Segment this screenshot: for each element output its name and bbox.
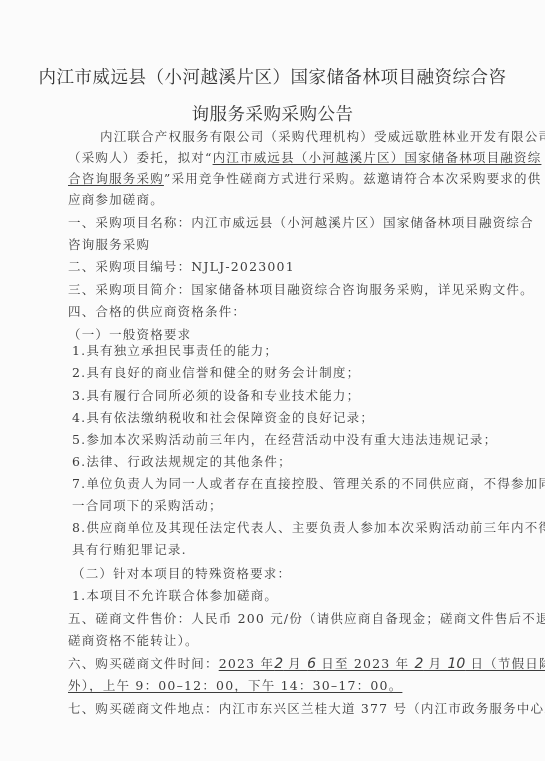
start-year: 2023 年: [219, 656, 275, 671]
handwritten-end-day: 10: [447, 656, 465, 672]
month-label-2: 月: [423, 656, 447, 671]
date-range-mid: 日至 2023 年: [316, 656, 414, 671]
special-item-1: 1.本项目不允许联合体参加磋商。: [72, 586, 278, 604]
section-6-line2: 外），上午 9：00–12：00，下午 14：30–17：00。: [68, 676, 402, 694]
purchase-time-range: 2023 年2 月 6 日至 2023 年 2 月 10 日（节假日除: [219, 656, 545, 671]
handwritten-start-month: 2: [274, 656, 283, 672]
general-item-1: 1.具有独立承担民事责任的能力；: [72, 341, 278, 359]
intro-line3-suffix: ”采用竞争性磋商方式进行采购。兹邀请符合本次采购要求的供: [164, 171, 542, 186]
month-label-1: 月: [283, 656, 307, 671]
intro-line2-prefix: （采购人）委托，拟对“: [68, 150, 213, 165]
section-6-line1: 六、购买磋商文件时间：2023 年2 月 6 日至 2023 年 2 月 10 …: [68, 654, 545, 672]
section-4: 四、合格的供应商资格条件：: [68, 302, 246, 320]
general-item-8-line1: 8.供应商单位及其现任法定代表人、主要负责人参加本次采购活动前三年内不得: [72, 518, 545, 536]
general-item-2: 2.具有良好的商业信誉和健全的财务会计制度；: [72, 363, 360, 381]
section-1-line1: 一、采购项目名称：内江市威远县（小河越溪片区）国家储备林项目融资综合: [68, 213, 534, 231]
section-2: 二、采购项目编号：NJLJ-2023001: [68, 257, 295, 275]
general-item-5: 5.参加本次采购活动前三年内，在经营活动中没有重大违法违规记录；: [72, 430, 497, 448]
section-5-line2: 磋商资格不能转让）。: [68, 631, 199, 649]
section-6-label: 六、购买磋商文件时间：: [68, 656, 219, 671]
special-requirements-heading: （二）针对本项目的特殊资格要求：: [72, 564, 291, 582]
document-title-line2: 询服务采购采购公告: [0, 101, 545, 126]
document-title-line1: 内江市威远县（小河越溪片区）国家储备林项目融资综合咨: [0, 64, 545, 89]
section-1-line2: 咨询服务采购: [68, 235, 150, 253]
intro-line4: 应商参加磋商。: [68, 190, 164, 208]
general-item-7-line2: 一合同项下的采购活动；: [72, 496, 223, 514]
handwritten-start-day: 6: [307, 656, 316, 672]
document-page: 内江市威远县（小河越溪片区）国家储备林项目融资综合咨 询服务采购采购公告 内江联…: [0, 0, 545, 761]
project-name-underlined-cont: 合咨询服务采购: [68, 171, 164, 186]
general-item-4: 4.具有依法缴纳税收和社会保障资金的良好记录；: [72, 408, 374, 426]
section-5-line1: 五、磋商文件售价：人民币 200 元/份（请供应商自备现金；磋商文件售后不退，: [68, 609, 545, 627]
general-item-3: 3.具有履行合同所必须的设备和专业技术能力；: [72, 386, 360, 404]
section-7: 七、购买磋商文件地点：内江市东兴区兰桂大道 377 号（内江市政务服务中心三: [68, 699, 545, 717]
general-item-7-line1: 7.单位负责人为同一人或者存在直接控股、管理关系的不同供应商，不得参加同: [72, 474, 545, 492]
date-range-tail: 日（节假日除: [465, 656, 545, 671]
section-3: 三、采购项目简介：国家储备林项目融资综合咨询服务采购，详见采购文件。: [68, 280, 534, 298]
project-name-underlined: 内江市威远县（小河越溪片区）国家储备林项目融资综: [213, 150, 542, 165]
intro-line2: （采购人）委托，拟对“内江市威远县（小河越溪片区）国家储备林项目融资综: [68, 148, 541, 166]
intro-line3: 合咨询服务采购”采用竞争性磋商方式进行采购。兹邀请符合本次采购要求的供: [68, 169, 541, 187]
general-item-6: 6.法律、行政法规规定的其他条件；: [72, 452, 292, 470]
general-item-8-line2: 具有行贿犯罪记录.: [72, 540, 187, 558]
intro-line1: 内江联合产权服务有限公司（采购代理机构）受威远歇胜林业开发有限公司: [100, 127, 545, 145]
